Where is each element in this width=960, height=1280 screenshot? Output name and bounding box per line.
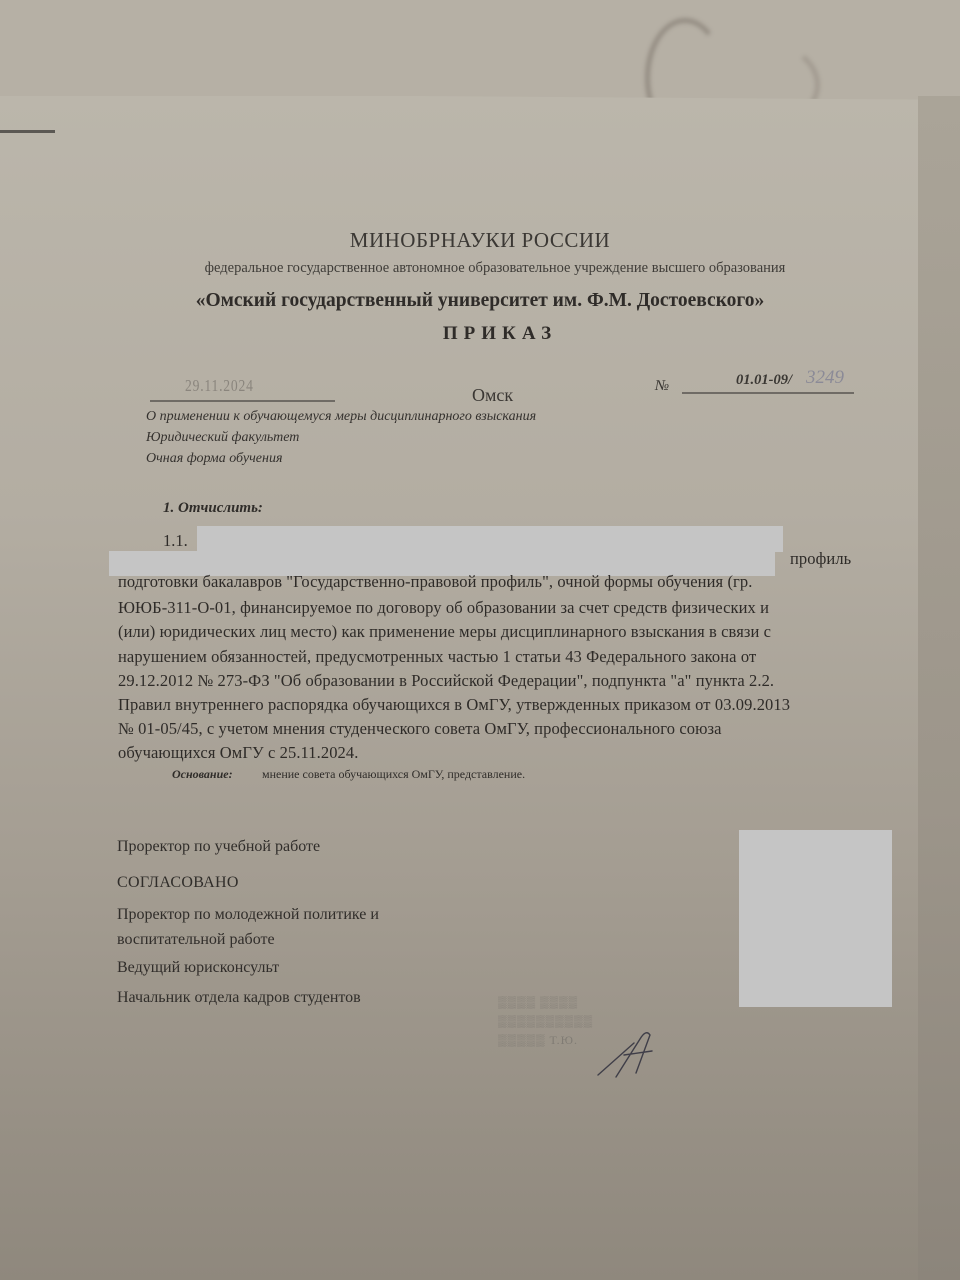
ministry-heading: МИНОБРНАУКИ РОССИИ <box>0 228 960 253</box>
item-heading: 1. Отчислить: <box>163 500 263 517</box>
institution-type: федеральное государственное автономное о… <box>0 260 960 277</box>
study-form-line: Очная форма обучения <box>146 451 282 467</box>
approval-stamp-line: ▒▒▒▒▒ Т.Ю. <box>498 1033 578 1048</box>
approver-title: Ведущий юрисконсульт <box>117 959 279 977</box>
edge-mark <box>0 130 55 133</box>
order-number-printed: 01.01-09/ <box>736 372 792 389</box>
body-line: подготовки бакалавров "Государственно-пр… <box>118 572 753 592</box>
subject-line: О применении к обучающемуся меры дисципл… <box>146 409 536 425</box>
redaction-box <box>197 526 783 552</box>
approver-title-cont: воспитательной работе <box>117 931 275 949</box>
body-line: профиль <box>790 549 851 569</box>
handwritten-signature-icon <box>594 1025 664 1080</box>
redaction-box <box>739 830 892 1007</box>
basis-label: Основание: <box>172 767 233 782</box>
order-date: 29.11.2024 <box>185 376 254 396</box>
item-number: 1.1. <box>163 531 188 551</box>
approval-stamp-line: ▒▒▒▒▒▒▒▒▒▒ <box>498 1014 593 1029</box>
body-line: Правил внутреннего распорядка обучающихс… <box>118 695 790 715</box>
body-line: (или) юридических лиц место) как примене… <box>118 622 771 642</box>
number-underline <box>682 392 854 394</box>
approval-stamp-line: ▒▒▒▒ ▒▒▒▒ <box>498 995 578 1010</box>
approver-title: Проректор по молодежной политике и <box>117 906 379 924</box>
signer-title: Проректор по учебной работе <box>117 838 320 856</box>
order-city: Омск <box>472 385 513 406</box>
university-name: «Омский государственный университет им. … <box>0 290 960 312</box>
approver-title: Начальник отдела кадров студентов <box>117 989 361 1007</box>
basis-text: мнение совета обучающихся ОмГУ, представ… <box>262 767 525 782</box>
number-sign: № <box>655 378 669 395</box>
body-line: нарушением обязанностей, предусмотренных… <box>118 647 756 667</box>
order-number-handwritten: 3249 <box>806 367 844 389</box>
faculty-line: Юридический факультет <box>146 430 299 446</box>
body-line: 29.12.2012 № 273-ФЗ "Об образовании в Ро… <box>118 671 774 691</box>
body-line: ЮЮБ-311-О-01, финансируемое по договору … <box>118 598 769 618</box>
body-line: обучающихся ОмГУ с 25.11.2024. <box>118 743 358 763</box>
order-title: ПРИКАЗ <box>0 323 960 345</box>
date-underline <box>150 400 335 402</box>
body-line: № 01-05/45, с учетом мнения студенческог… <box>118 719 722 739</box>
approved-heading: СОГЛАСОВАНО <box>117 874 239 892</box>
